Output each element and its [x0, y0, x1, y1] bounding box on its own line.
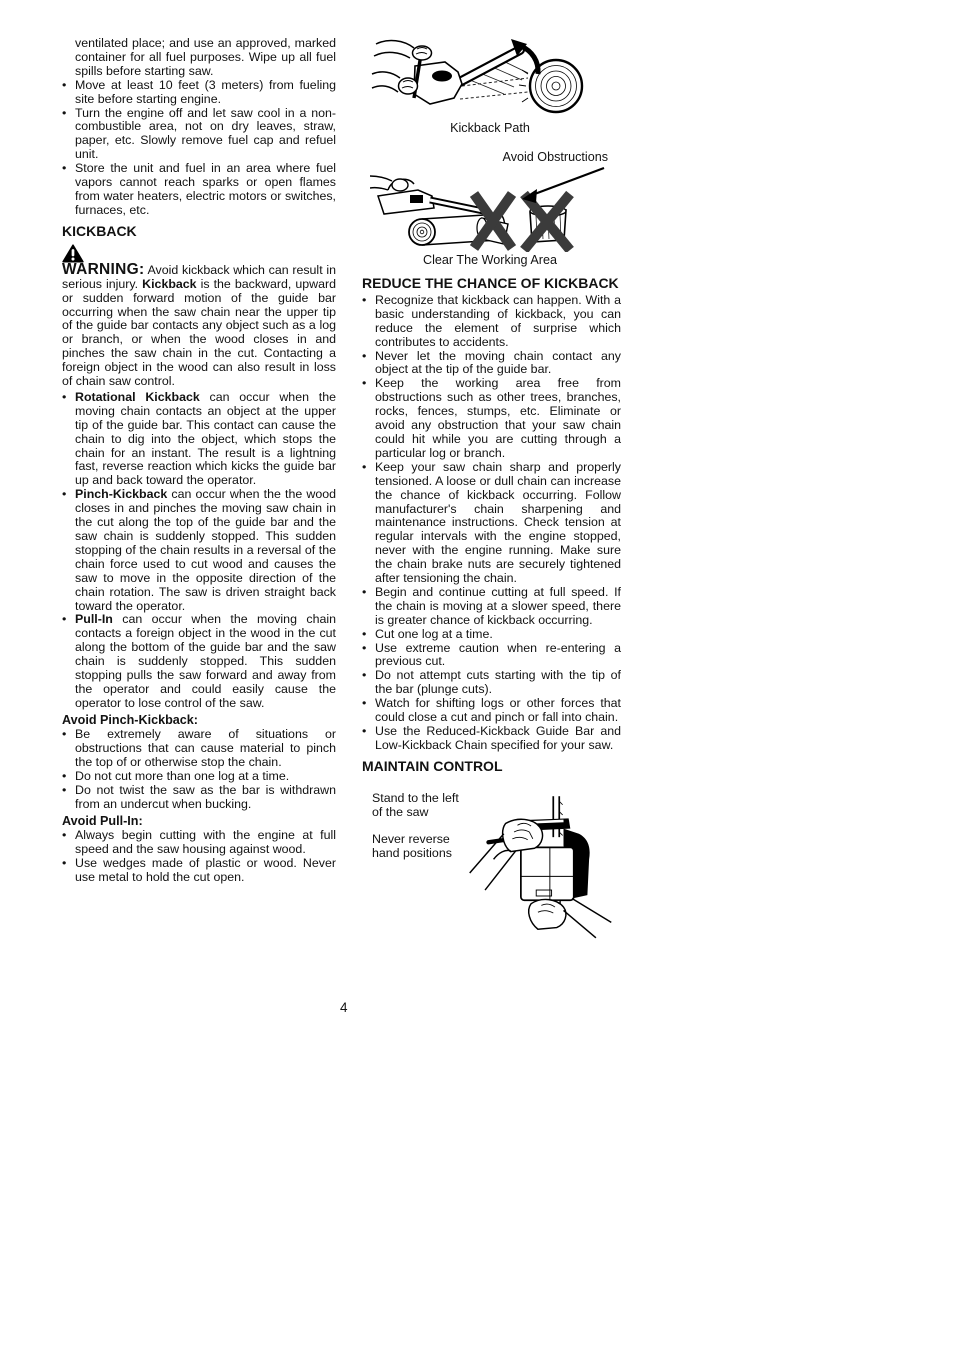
- bullet-marker: [362, 628, 375, 642]
- bullet-text: Do not twist the saw as the bar is withd…: [75, 784, 336, 812]
- bullet-item: Use extreme caution when re-entering a p…: [362, 642, 621, 670]
- bullet-item: Pinch-Kickback can occur when the the wo…: [62, 488, 336, 613]
- maintain-control-illustration: [468, 782, 622, 952]
- bullet-text: Rotational Kickback can occur when the m…: [75, 391, 336, 488]
- warning-bold-term: Kickback: [142, 277, 196, 291]
- kickback-type-text: can occur when the moving chain contacts…: [75, 612, 336, 709]
- bullet-item: Do not cut more than one log at a time.: [62, 770, 336, 784]
- maintain-note: Stand to the left of the saw: [372, 792, 468, 820]
- bullet-marker: [362, 586, 375, 628]
- bullet-marker: [362, 294, 375, 350]
- avoid-pinch-kickback-heading: Avoid Pinch-Kickback:: [62, 713, 336, 728]
- bullet-marker: [62, 79, 75, 107]
- kickback-types-bullet-list: Rotational Kickback can occur when the m…: [62, 391, 336, 711]
- bullet-marker: [362, 669, 375, 697]
- bullet-marker: [362, 461, 375, 586]
- bullet-marker: [362, 350, 375, 378]
- bullet-text: Store the unit and fuel in an area where…: [75, 162, 336, 218]
- bullet-item: Pull-In can occur when the moving chain …: [62, 613, 336, 710]
- bullet-text: Do not attempt cuts starting with the ti…: [375, 669, 621, 697]
- bullet-marker: [62, 488, 75, 613]
- intro-continuation-paragraph: ventilated place; and use an approved, m…: [75, 37, 336, 79]
- kickback-heading: KICKBACK: [62, 223, 336, 239]
- bullet-marker: [362, 697, 375, 725]
- kickback-type-text: can occur when the moving chain contacts…: [75, 390, 336, 487]
- bullet-item: Rotational Kickback can occur when the m…: [62, 391, 336, 488]
- bullet-item: Use wedges made of plastic or wood. Neve…: [62, 857, 336, 885]
- clear-working-area-illustration: [370, 166, 610, 252]
- avoid-pull-in-heading: Avoid Pull-In:: [62, 814, 336, 829]
- maintain-control-figure: Stand to the left of the saw Never rever…: [362, 782, 621, 952]
- bullet-marker: [62, 829, 75, 857]
- avoid-pinch-bullet-list: Be extremely aware of situations or obst…: [62, 728, 336, 811]
- kickback-type-text: can occur when the the wood closes in an…: [75, 487, 336, 612]
- manual-page: ventilated place; and use an approved, m…: [0, 0, 954, 1348]
- bullet-text: Be extremely aware of situations or obst…: [75, 728, 336, 770]
- bullet-text: Never let the moving chain contact any o…: [375, 350, 621, 378]
- bullet-item: Never let the moving chain contact any o…: [362, 350, 621, 378]
- bullet-text: Watch for shifting logs or other forces …: [375, 697, 621, 725]
- kickback-type-term: Pull-In: [75, 612, 113, 626]
- bullet-item: Do not attempt cuts starting with the ti…: [362, 669, 621, 697]
- bullet-marker: [362, 725, 375, 753]
- bullet-marker: [62, 107, 75, 163]
- bullet-text: Always begin cutting with the engine at …: [75, 829, 336, 857]
- bullet-item: Watch for shifting logs or other forces …: [362, 697, 621, 725]
- bullet-text: Use wedges made of plastic or wood. Neve…: [75, 857, 336, 885]
- bullet-marker: [62, 728, 75, 770]
- fuel-safety-bullet-list: Move at least 10 feet (3 meters) from fu…: [62, 79, 336, 218]
- bullet-text: Turn the engine off and let saw cool in …: [75, 107, 336, 163]
- warning-label: WARNING:: [62, 261, 144, 278]
- bullet-item: Use the Reduced-Kickback Guide Bar and L…: [362, 725, 621, 753]
- bullet-item: Turn the engine off and let saw cool in …: [62, 107, 336, 163]
- reduce-chance-heading: REDUCE THE CHANCE OF KICKBACK: [362, 275, 621, 291]
- avoid-pull-in-bullet-list: Always begin cutting with the engine at …: [62, 829, 336, 885]
- kickback-type-term: Pinch-Kickback: [75, 487, 167, 501]
- avoid-obstructions-label: Avoid Obstructions: [370, 151, 610, 165]
- bullet-text: Cut one log at a time.: [375, 628, 621, 642]
- bullet-item: Begin and continue cutting at full speed…: [362, 586, 621, 628]
- bullet-item: Be extremely aware of situations or obst…: [62, 728, 336, 770]
- maintain-control-notes: Stand to the left of the saw Never rever…: [372, 782, 468, 952]
- page-number: 4: [340, 1000, 348, 1015]
- maintain-control-heading: MAINTAIN CONTROL: [362, 758, 621, 774]
- kickback-path-figure: Kickback Path: [370, 28, 610, 135]
- reduce-kickback-bullet-list: Recognize that kickback can happen. With…: [362, 294, 621, 753]
- warning-paragraph: WARNING: Avoid kickback which can result…: [62, 244, 336, 389]
- bullet-item: Always begin cutting with the engine at …: [62, 829, 336, 857]
- bullet-marker: [362, 642, 375, 670]
- bullet-marker: [362, 377, 375, 460]
- bullet-item: Keep your saw chain sharp and properly t…: [362, 461, 621, 586]
- bullet-item: Store the unit and fuel in an area where…: [62, 162, 336, 218]
- bullet-text: Use extreme caution when re-entering a p…: [375, 642, 621, 670]
- figure-caption: Kickback Path: [370, 121, 610, 135]
- bullet-text: Move at least 10 feet (3 meters) from fu…: [75, 79, 336, 107]
- bullet-text: Keep the working area free from obstruct…: [375, 377, 621, 460]
- kickback-type-term: Rotational Kickback: [75, 390, 200, 404]
- bullet-item: Keep the working area free from obstruct…: [362, 377, 621, 460]
- warning-text-after: is the backward, upward or sudden forwar…: [62, 277, 336, 388]
- clear-working-area-figure: Avoid Obstructions: [370, 151, 610, 267]
- bullet-marker: [62, 784, 75, 812]
- bullet-text: Use the Reduced-Kickback Guide Bar and L…: [375, 725, 621, 753]
- bullet-marker: [62, 391, 75, 488]
- bullet-marker: [62, 857, 75, 885]
- bullet-item: Recognize that kickback can happen. With…: [362, 294, 621, 350]
- bullet-text: Begin and continue cutting at full speed…: [375, 586, 621, 628]
- bullet-text: Pinch-Kickback can occur when the the wo…: [75, 488, 336, 613]
- bullet-item: Cut one log at a time.: [362, 628, 621, 642]
- bullet-text: Do not cut more than one log at a time.: [75, 770, 336, 784]
- maintain-note: Never reverse hand positions: [372, 833, 468, 861]
- bullet-item: Move at least 10 feet (3 meters) from fu…: [62, 79, 336, 107]
- bullet-marker: [62, 613, 75, 710]
- bullet-text: Keep your saw chain sharp and properly t…: [375, 461, 621, 586]
- bullet-marker: [62, 770, 75, 784]
- bullet-item: Do not twist the saw as the bar is withd…: [62, 784, 336, 812]
- right-column: Kickback Path Avoid Obstructions: [362, 28, 621, 952]
- bullet-marker: [62, 162, 75, 218]
- figure-caption: Clear The Working Area: [370, 253, 610, 267]
- bullet-text: Pull-In can occur when the moving chain …: [75, 613, 336, 710]
- bullet-text: Recognize that kickback can happen. With…: [375, 294, 621, 350]
- kickback-path-illustration: [370, 28, 600, 120]
- left-column: ventilated place; and use an approved, m…: [62, 37, 336, 885]
